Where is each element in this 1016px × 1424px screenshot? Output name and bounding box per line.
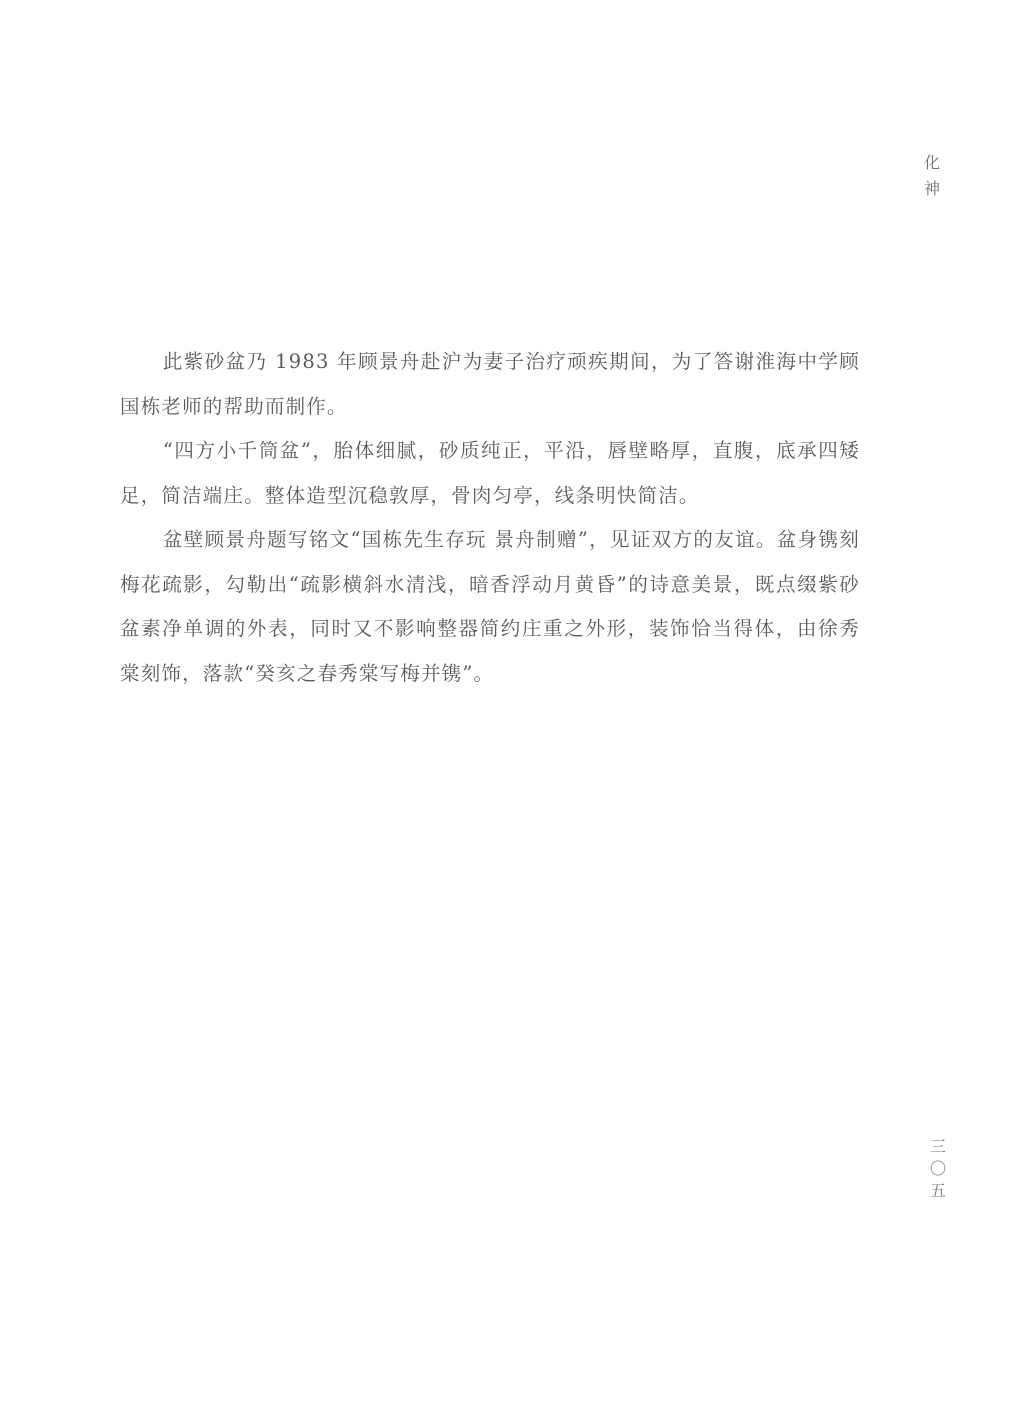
running-head-char: 化: [922, 150, 942, 176]
page-number: 三 〇 五: [928, 1136, 948, 1202]
running-head-char: 神: [922, 176, 942, 202]
page-number-char: 三: [928, 1136, 948, 1158]
page-number-char: 〇: [928, 1158, 948, 1180]
page-number-char: 五: [928, 1180, 948, 1202]
paragraph: 此紫砂盆乃 1983 年顾景舟赴沪为妻子治疗顽疾期间，为了答谢淮海中学顾国栋老师…: [120, 340, 860, 429]
paragraph: “四方小千筒盆”，胎体细腻，砂质纯正，平沿，唇壁略厚，直腹，底承四矮足，简洁端庄…: [120, 429, 860, 518]
body-text: 此紫砂盆乃 1983 年顾景舟赴沪为妻子治疗顽疾期间，为了答谢淮海中学顾国栋老师…: [120, 340, 860, 696]
running-head: 化 神: [922, 150, 942, 202]
paragraph: 盆壁顾景舟题写铭文“国栋先生存玩 景舟制赠”，见证双方的友谊。盆身镌刻梅花疏影，…: [120, 518, 860, 696]
